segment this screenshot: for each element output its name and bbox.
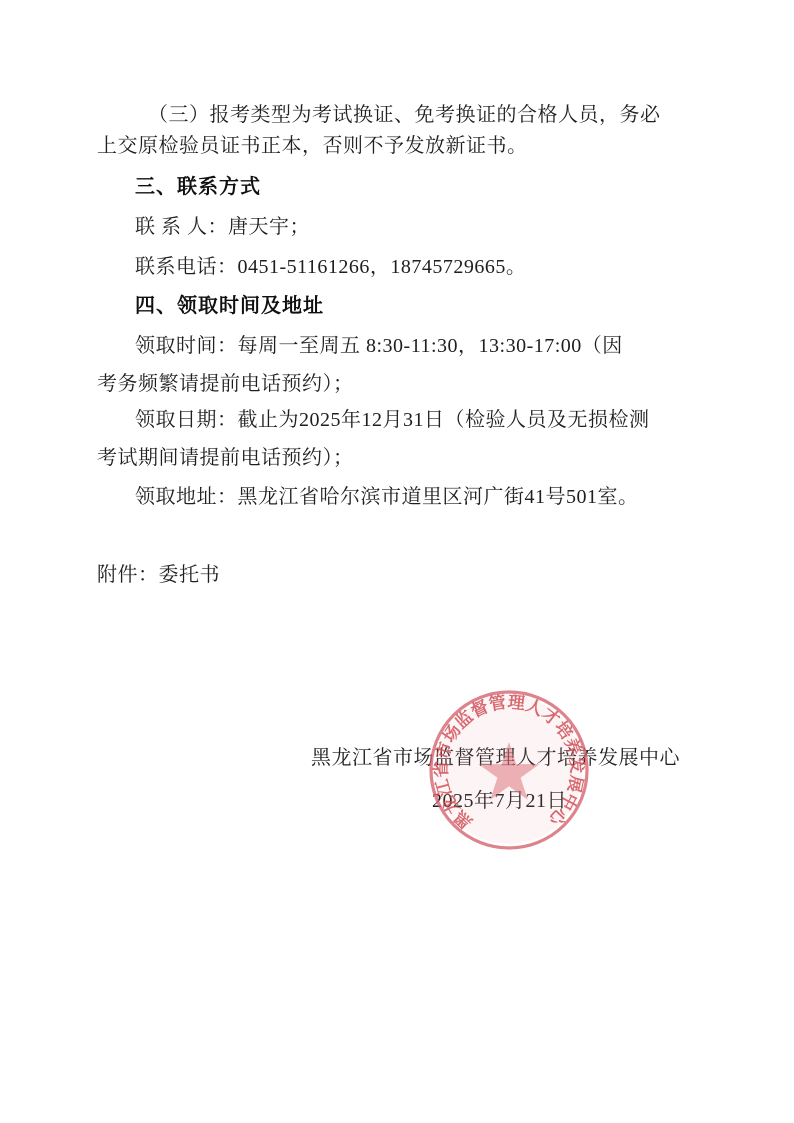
para-upload-line-1: （三）报考类型为考试换证、免考换证的合格人员，务必 <box>148 102 661 128</box>
pickup-time-line-1: 领取时间：每周一至周五 8:30-11:30，13:30-17:00（因 <box>135 333 623 359</box>
pickup-date-line-2: 考试期间请提前电话预约）； <box>97 445 354 471</box>
signature-org-line: 黑龙江省市场监督管理人才培养发展中心 <box>311 745 680 771</box>
heading-pickup: 四、领取时间及地址 <box>135 293 324 319</box>
para-upload-line-2: 上交原检验员证书正本，否则不予发放新证书。 <box>97 133 528 159</box>
contact-phone-line: 联系电话：0451-51161266，18745729665。 <box>135 254 526 280</box>
pickup-date-line-1: 领取日期：截止为2025年12月31日（检验人员及无损检测 <box>135 407 650 433</box>
pickup-address-line: 领取地址：黑龙江省哈尔滨市道里区河广街41号501室。 <box>135 484 639 510</box>
document-page: （三）报考类型为考试换证、免考换证的合格人员，务必 上交原检验员证书正本，否则不… <box>0 0 794 1123</box>
heading-contact: 三、联系方式 <box>135 174 261 200</box>
contact-person-line: 联 系 人：唐天宇； <box>135 214 310 240</box>
signature-date-line: 2025年7月21日 <box>432 788 567 814</box>
attachment-line: 附件：委托书 <box>97 562 220 588</box>
pickup-time-line-2: 考务频繁请提前电话预约）； <box>97 371 354 397</box>
